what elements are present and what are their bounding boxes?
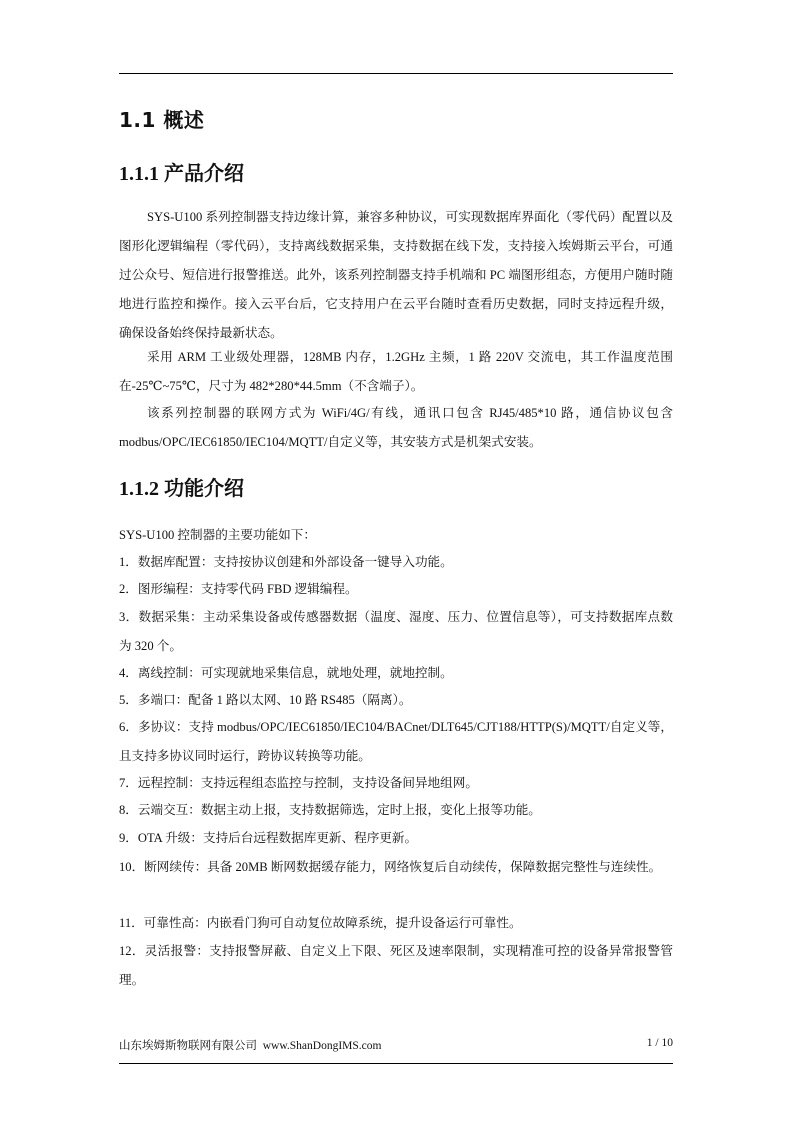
section-title-overview: 1.1 概述 <box>119 104 204 133</box>
heading-number: 1.1.1 <box>119 163 164 185</box>
list-item: 1．数据库配置：支持按协议创建和外部设备一键导入功能。 <box>119 548 673 577</box>
paragraph: SYS-U100 系列控制器支持边缘计算，兼容多种协议，可实现数据库界面化（零代… <box>119 203 673 348</box>
list-item: 7．远程控制：支持远程组态监控与控制，支持设备间异地组网。 <box>119 769 673 798</box>
list-item: 6．多协议：支持 modbus/OPC/IEC61850/IEC104/BACn… <box>119 713 673 771</box>
paragraph: 采用 ARM 工业级处理器，128MB 内存，1.2GHz 主频，1 路 220… <box>119 343 673 401</box>
heading-text: 功能介绍 <box>164 476 244 500</box>
list-item: 11．可靠性高：内嵌看门狗可自动复位故障系统，提升设备运行可靠性。 <box>119 909 673 938</box>
heading-text: 产品介绍 <box>164 161 244 185</box>
paragraph: 该系列控制器的联网方式为 WiFi/4G/有线，通讯口包含 RJ45/485*1… <box>119 399 673 457</box>
function-lead: SYS-U100 控制器的主要功能如下： <box>119 521 673 550</box>
section-title-product-intro: 1.1.1 产品介绍 <box>119 157 244 186</box>
list-item: 12．灵活报警：支持报警屏蔽、自定义上下限、死区及速率限制，实现精准可控的设备异… <box>119 937 673 995</box>
list-item: 5．多端口：配备 1 路以太网、10 路 RS485（隔离）。 <box>119 686 673 715</box>
header-rule <box>119 73 673 74</box>
list-item: 9．OTA 升级：支持后台远程数据库更新、程序更新。 <box>119 824 673 853</box>
footer-rule <box>119 1063 673 1064</box>
section-title-function-intro: 1.1.2 功能介绍 <box>119 472 244 501</box>
list-item: 10．断网续传：具备 20MB 断网数据缓存能力，网络恢复后自动续传，保障数据完… <box>119 853 673 882</box>
list-item: 8．云端交互：数据主动上报，支持数据筛选，定时上报，变化上报等功能。 <box>119 796 673 825</box>
list-item: 2．图形编程：支持零代码 FBD 逻辑编程。 <box>119 575 673 604</box>
list-item: 3．数据采集：主动采集设备或传感器数据（温度、湿度、压力、位置信息等），可支持数… <box>119 603 673 661</box>
page-footer: 山东埃姆斯物联网有限公司 www.ShanDongIMS.com 1 / 10 <box>119 1037 673 1053</box>
page-number: 1 / 10 <box>647 1037 673 1053</box>
heading-number: 1.1.2 <box>119 478 164 500</box>
footer-company: 山东埃姆斯物联网有限公司 www.ShanDongIMS.com <box>119 1037 381 1053</box>
list-item: 4．离线控制：可实现就地采集信息，就地处理，就地控制。 <box>119 659 673 688</box>
